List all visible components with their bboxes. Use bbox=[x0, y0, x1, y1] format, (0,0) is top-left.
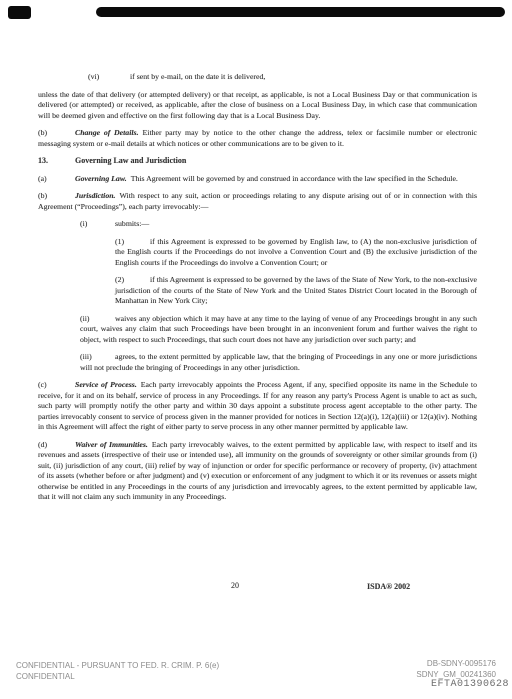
paragraph-label: (d) bbox=[38, 440, 75, 451]
paragraph-lead: Governing Law. bbox=[75, 174, 127, 183]
paragraph-label: (iii) bbox=[80, 352, 115, 363]
paragraph-label: (i) bbox=[80, 219, 115, 230]
doc-paragraph-jurisdiction: (b)Jurisdiction.With respect to any suit… bbox=[38, 191, 477, 212]
doc-paragraph-waives-objection: (ii)waives any objection which it may ha… bbox=[80, 314, 477, 346]
document-body: (vi)if sent by e-mail, on the date it is… bbox=[38, 72, 477, 510]
paragraph-text: unless the date of that delivery (or att… bbox=[38, 90, 477, 120]
confidential-stamp-line2: CONFIDENTIAL bbox=[16, 671, 219, 682]
page-number: 20 bbox=[231, 581, 239, 590]
doc-paragraph-service-of-process: (c)Service of Process.Each party irrevoc… bbox=[38, 380, 477, 433]
document-page: (vi)if sent by e-mail, on the date it is… bbox=[0, 0, 512, 699]
paragraph-label: (a) bbox=[38, 174, 75, 185]
doc-paragraph-english-law: (1)if this Agreement is expressed to be … bbox=[115, 237, 477, 269]
paragraph-text: agrees, to the extent permitted by appli… bbox=[80, 352, 477, 372]
paragraph-lead: Waiver of Immunities. bbox=[75, 440, 148, 449]
doc-paragraph-agrees: (iii)agrees, to the extent permitted by … bbox=[80, 352, 477, 373]
paragraph-label: (vi) bbox=[88, 72, 130, 83]
production-stamp: DB-SDNY-0095176 SDNY_GM_00241360 bbox=[416, 658, 496, 680]
paragraph-label: (b) bbox=[38, 191, 75, 202]
doc-paragraph-waiver-of-immunities: (d)Waiver of Immunities.Each party irrev… bbox=[38, 440, 477, 503]
section-number: 13. bbox=[38, 156, 75, 167]
paragraph-label: (ii) bbox=[80, 314, 115, 325]
paragraph-text: if sent by e-mail, on the date it is del… bbox=[130, 72, 265, 81]
paragraph-text: if this Agreement is expressed to be gov… bbox=[115, 237, 477, 267]
paragraph-text: This Agreement will be governed by and c… bbox=[131, 174, 458, 183]
bates-stamp-db: DB-SDNY-0095176 bbox=[416, 658, 496, 669]
paragraph-label: (2) bbox=[115, 275, 150, 286]
paragraph-text: waives any objection which it may have a… bbox=[80, 314, 477, 344]
doc-paragraph-unless: unless the date of that delivery (or att… bbox=[38, 90, 477, 122]
paragraph-text: if this Agreement is expressed to be gov… bbox=[115, 275, 477, 305]
redaction-bar-small bbox=[8, 6, 31, 19]
doc-paragraph-submits: (i)submits:— bbox=[80, 219, 477, 230]
paragraph-label: (c) bbox=[38, 380, 75, 391]
doc-paragraph-governing-law: (a)Governing Law.This Agreement will be … bbox=[38, 174, 477, 185]
section-title: Governing Law and Jurisdiction bbox=[75, 156, 186, 165]
paragraph-text: submits:— bbox=[115, 219, 149, 228]
isda-copyright: ISDA® 2002 bbox=[367, 582, 410, 591]
doc-paragraph-new-york-law: (2)if this Agreement is expressed to be … bbox=[115, 275, 477, 307]
section-heading-13: 13.Governing Law and Jurisdiction bbox=[38, 156, 477, 167]
paragraph-lead: Service of Process. bbox=[75, 380, 137, 389]
doc-paragraph-vi: (vi)if sent by e-mail, on the date it is… bbox=[88, 72, 477, 83]
doc-paragraph-change-of-details: (b)Change of Details.Either party may by… bbox=[38, 128, 477, 149]
confidential-stamp-line1: CONFIDENTIAL - PURSUANT TO FED. R. CRIM.… bbox=[16, 660, 219, 671]
paragraph-lead: Jurisdiction. bbox=[75, 191, 116, 200]
paragraph-label: (1) bbox=[115, 237, 150, 248]
bates-stamp-efta: EFTA01390628 bbox=[431, 679, 509, 690]
confidential-stamp: CONFIDENTIAL - PURSUANT TO FED. R. CRIM.… bbox=[16, 660, 219, 682]
paragraph-lead: Change of Details. bbox=[75, 128, 139, 137]
paragraph-label: (b) bbox=[38, 128, 75, 139]
redaction-bar-long bbox=[96, 7, 505, 17]
